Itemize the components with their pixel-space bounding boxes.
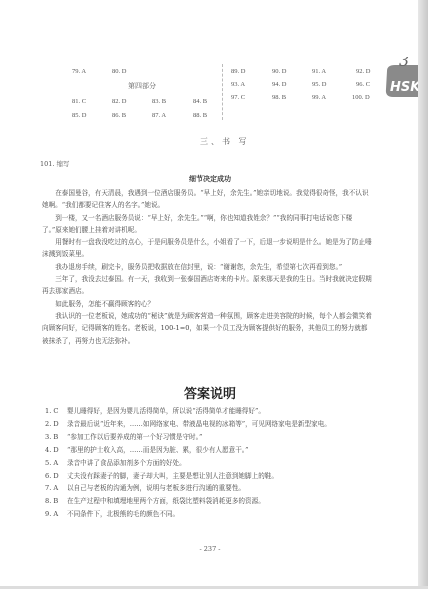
- answer-explanation-list: 1. C婴儿睡得好，是因为婴儿活得简单，所以说“活得简单才能睡得好”。2. D录…: [45, 405, 365, 521]
- essay-paragraph: 三年了，我没去过泰国。有一天，我收到一张泰国酒店寄来的卡片。原来那天是我的生日。…: [42, 273, 372, 298]
- answer-key-item: 79. A: [72, 68, 86, 75]
- answer-key-item: 90. D: [272, 68, 286, 75]
- explanation-item: 7. A以自己与老板的沟通为例，说明与老板多进行沟通的重要性。: [45, 482, 365, 495]
- answer-key-item: 89. D: [231, 68, 245, 75]
- explanation-text: “那里的护士收入高，……而是因为脏、累，很少有人愿意干。”: [67, 444, 365, 457]
- essay-body: 在泰国曼谷，有天清晨，我遇到一位酒店服务员。“早上好，余先生。”她亲切地说。我觉…: [42, 187, 372, 347]
- essay-paragraph: 到一楼，又一名酒店服务员说：“早上好，余先生。”“啊，你也知道我姓余？”“我的同…: [42, 212, 372, 237]
- essay-paragraph: 用餐时有一盘我没吃过的点心，于是问服务员是什么，小姐看了一下，后退一步说明是什么…: [42, 236, 372, 261]
- answer-key-item: 83. B: [152, 98, 166, 105]
- explanation-number: 6. D: [45, 470, 67, 483]
- essay-paragraph: 我认识的一位老板说，她成功的“秘诀”就是为顾客营造一种氛围，顾客走进美容院的时候…: [42, 310, 372, 347]
- explanation-number: 7. A: [45, 482, 67, 495]
- svg-text:HSK: HSK: [390, 80, 421, 95]
- document-page: 79. A80. D 第四部分 81. C82. D83. B84. B85. …: [0, 0, 420, 589]
- answer-key-item: 97. C: [231, 94, 245, 101]
- answer-key-item: 87. A: [152, 112, 166, 119]
- answer-key-item: 99. A: [312, 94, 326, 101]
- explanation-item: 9. A不同条件下，北极熊的毛的颜色不同。: [45, 508, 365, 521]
- answer-key-item: 91. A: [312, 68, 326, 75]
- part-title: 第四部分: [128, 81, 156, 91]
- page-edge-shadow: [418, 0, 428, 589]
- answer-key-item: 86. B: [112, 112, 126, 119]
- explanation-text: 丈夫没有踩妻子的脚，妻子却大叫，主要是想让别人注意到她脚上的鞋。: [67, 470, 365, 483]
- answer-key-item: 92. D: [356, 68, 370, 75]
- answer-key-item: 82. D: [112, 98, 126, 105]
- explanation-item: 1. C婴儿睡得好，是因为婴儿活得简单，所以说“活得简单才能睡得好”。: [45, 405, 365, 418]
- explanation-item: 5. A录音中讲了食品添加剂多个方面的好处。: [45, 457, 365, 470]
- answer-key-item: 98. B: [272, 94, 286, 101]
- explanation-number: 5. A: [45, 457, 67, 470]
- page-number: - 237 -: [0, 545, 420, 553]
- explanation-text: “参加工作以后要养成的第一个好习惯是守时。”: [67, 431, 365, 444]
- essay-paragraph: 我办退房手续，刷完卡，服务员把收据放在信封里，说：“谢谢您，余先生，希望第七次再…: [42, 261, 372, 273]
- answer-key-item: 93. A: [231, 81, 245, 88]
- explanation-number: 8. B: [45, 495, 67, 508]
- answer-key-item: 100. D: [352, 94, 370, 101]
- explanation-item: 2. D录音最后说“近年来，……如网络家电、带液晶电视的冰箱等”，可见网络家电是…: [45, 418, 365, 431]
- explanation-number: 1. C: [45, 405, 67, 418]
- column-divider: [222, 64, 223, 120]
- explanation-number: 9. A: [45, 508, 67, 521]
- explanation-item: 6. D丈夫没有踩妻子的脚，妻子却大叫，主要是想让别人注意到她脚上的鞋。: [45, 470, 365, 483]
- explanation-item: 3. B“参加工作以后要养成的第一个好习惯是守时。”: [45, 431, 365, 444]
- answer-key-item: 80. D: [112, 68, 126, 75]
- explanation-number: 4. D: [45, 444, 67, 457]
- explanation-text: 在生产过程中和填埋地里两个方面，纸袋比塑料袋消耗更多的资源。: [67, 495, 365, 508]
- essay-paragraph: 在泰国曼谷，有天清晨，我遇到一位酒店服务员。“早上好，余先生。”她亲切地说。我觉…: [42, 187, 372, 212]
- question-label: 101. 缩写: [40, 159, 70, 168]
- answer-key-item: 94. D: [272, 81, 286, 88]
- essay-title: 细节决定成功: [0, 174, 420, 184]
- explanation-text: 以自己与老板的沟通为例，说明与老板多进行沟通的重要性。: [67, 482, 365, 495]
- svg-text:3: 3: [399, 57, 409, 70]
- answer-key-item: 81. C: [72, 98, 86, 105]
- explanation-text: 录音中讲了食品添加剂多个方面的好处。: [67, 457, 365, 470]
- explanation-item: 8. B在生产过程中和填埋地里两个方面，纸袋比塑料袋消耗更多的资源。: [45, 495, 365, 508]
- essay-paragraph: 如此服务，怎能不赢得顾客的心？: [42, 298, 372, 310]
- answer-key-item: 84. B: [193, 98, 207, 105]
- explanation-text: 录音最后说“近年来，……如网络家电、带液晶电视的冰箱等”，可见网络家电是新型家电…: [67, 418, 365, 431]
- answer-key-item: 96. C: [356, 81, 370, 88]
- explanation-number: 2. D: [45, 418, 67, 431]
- answer-key-item: 95. D: [312, 81, 326, 88]
- explanation-text: 婴儿睡得好，是因为婴儿活得简单，所以说“活得简单才能睡得好”。: [67, 405, 365, 418]
- explanation-number: 3. B: [45, 431, 67, 444]
- section-title: 三、书 写: [200, 136, 250, 147]
- answer-explanation-heading: 答案说明: [0, 383, 420, 402]
- explanation-item: 4. D“那里的护士收入高，……而是因为脏、累，很少有人愿意干。”: [45, 444, 365, 457]
- explanation-text: 不同条件下，北极熊的毛的颜色不同。: [67, 508, 365, 521]
- answer-key-item: 88. B: [193, 112, 207, 119]
- answer-key-item: 85. D: [72, 112, 86, 119]
